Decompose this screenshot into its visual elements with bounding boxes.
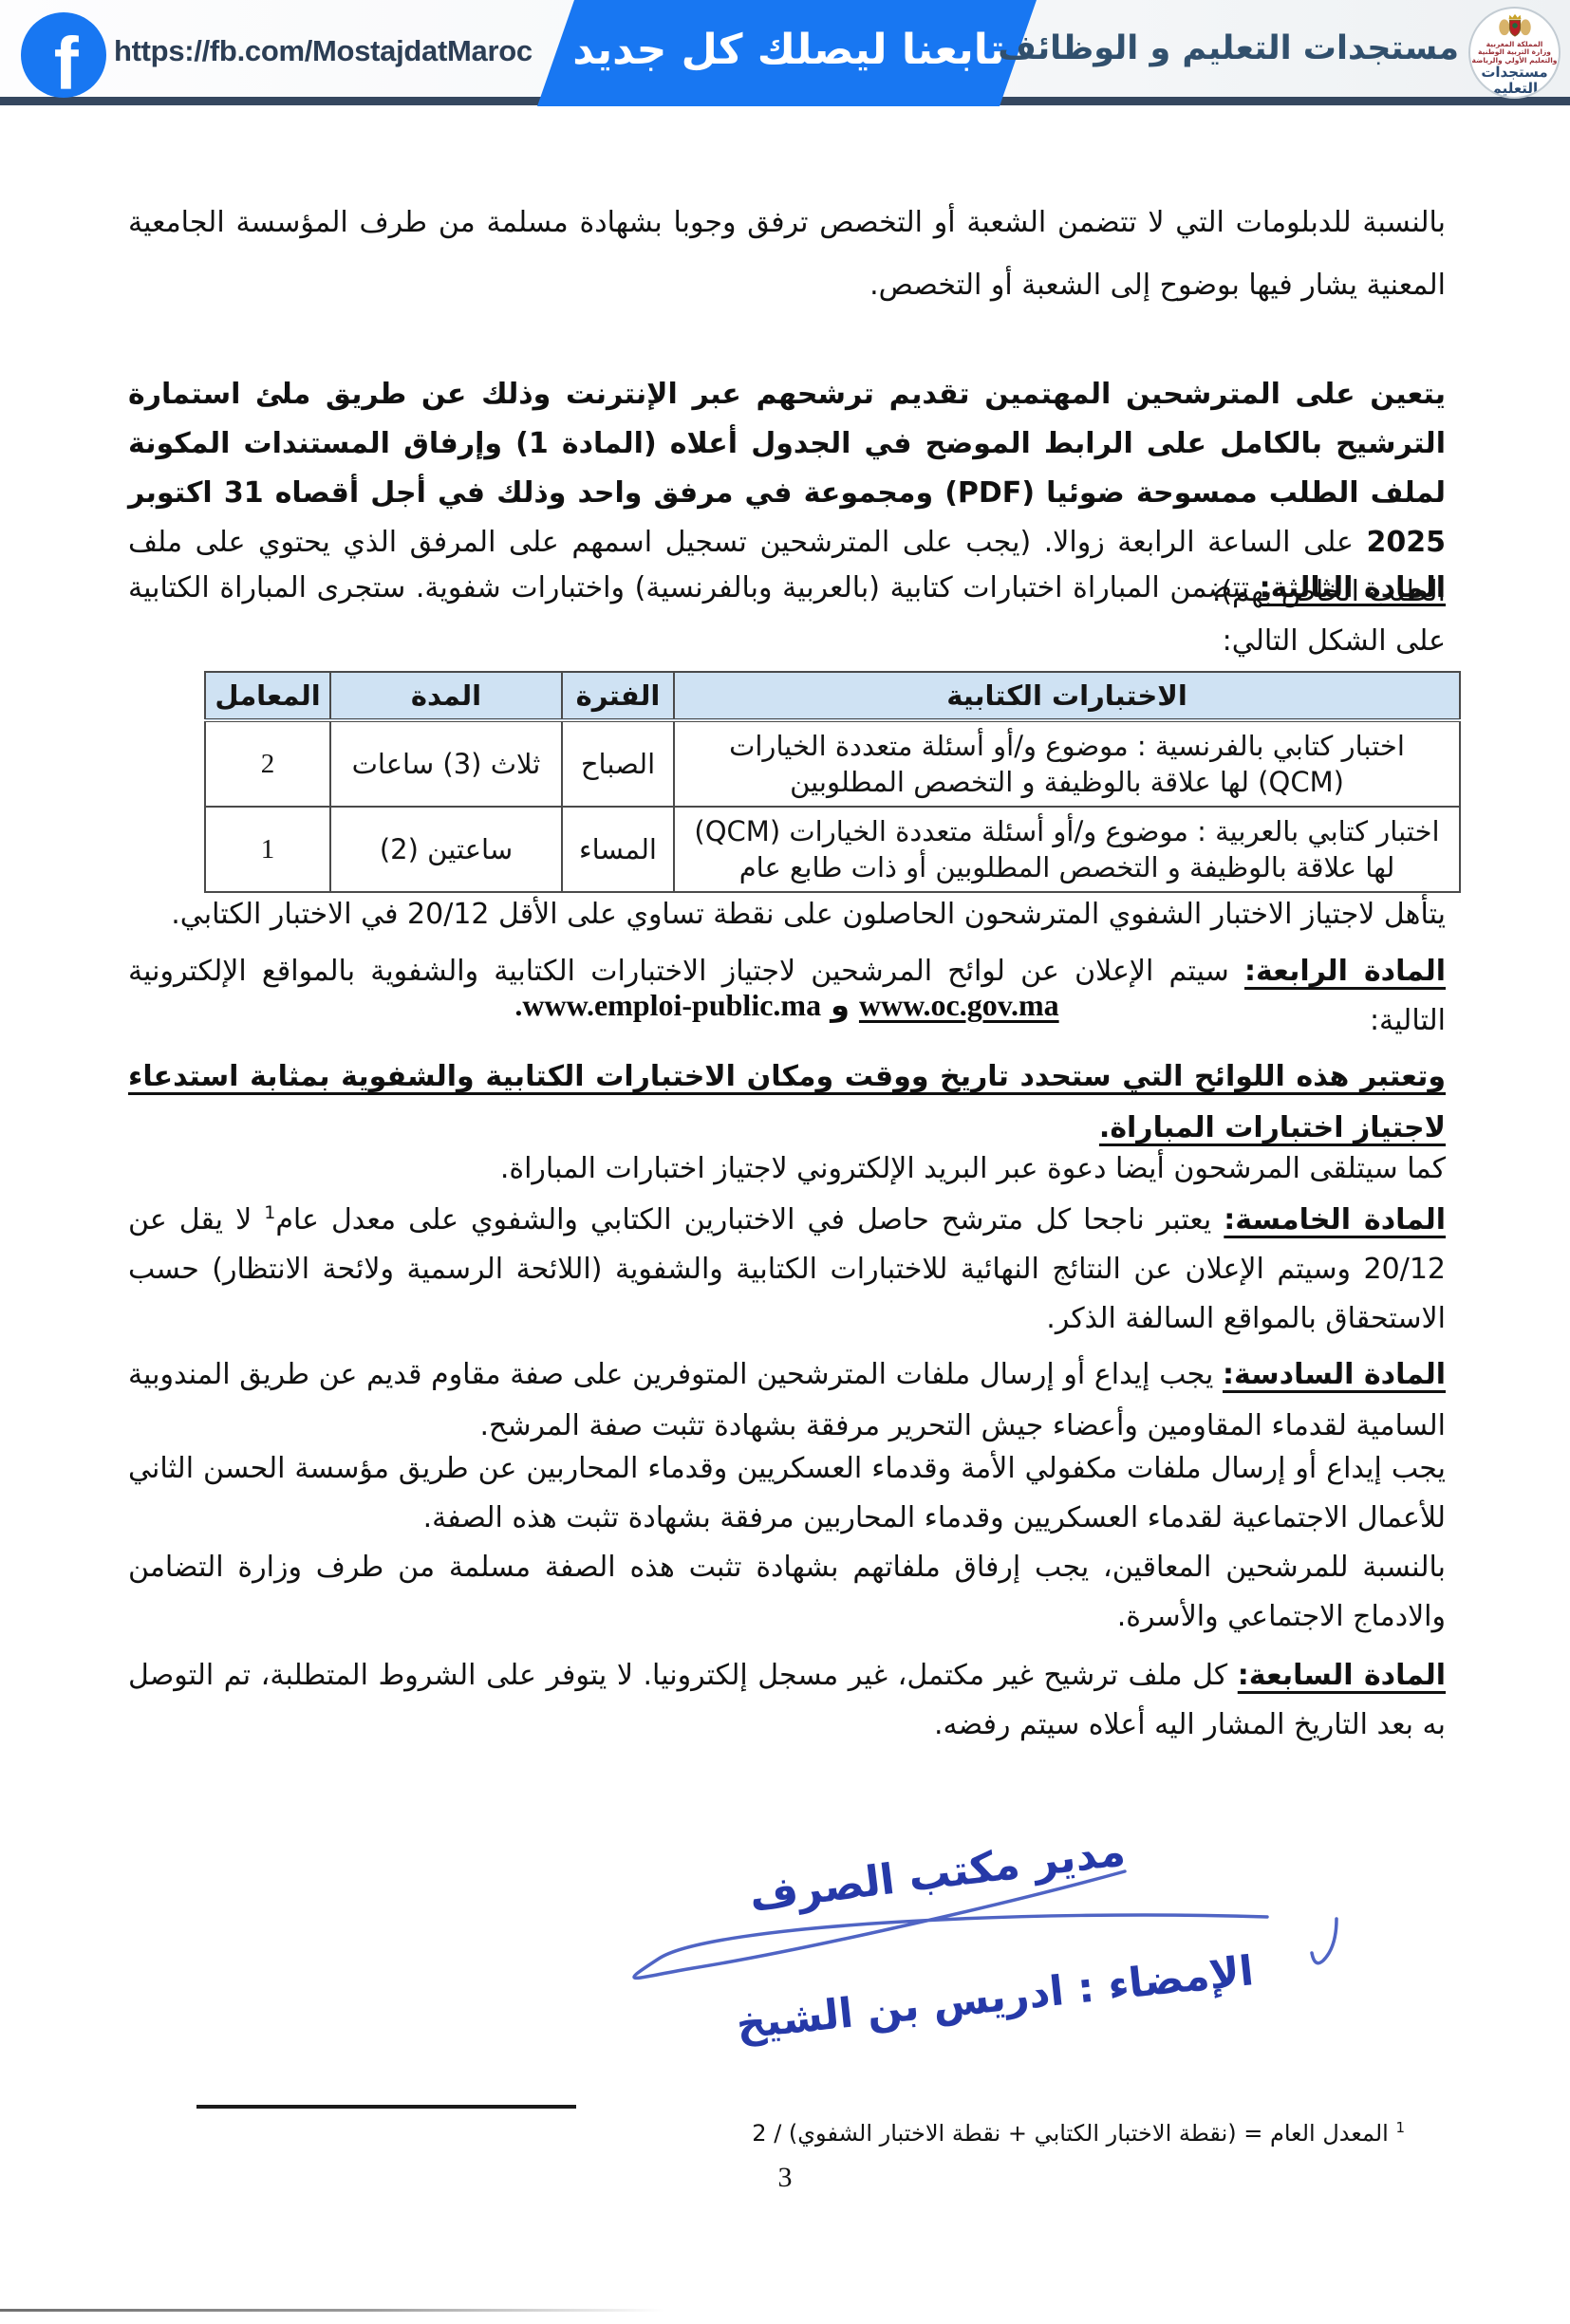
- paragraph-text: يعتبر ناجحا كل مترشح حاصل في الاختبارين …: [275, 1203, 1224, 1236]
- brand-title: مستجدات التعليم و الوظائف: [998, 0, 1459, 97]
- paragraph-text: بالنسبة للدبلومات التي لا تتضمن الشعبة أ…: [128, 206, 1446, 302]
- announcement-websites: www.oc.gov.maوwww.emploi-public.ma.: [128, 987, 1446, 1023]
- paragraph-disabled-candidates: بالنسبة للمرشحين المعاقين، يجب إرفاق ملف…: [128, 1543, 1446, 1642]
- paragraph-article-7: المادة السابعة: كل ملف ترشيح غير مكتمل، …: [128, 1651, 1446, 1750]
- article-3-label: المادة الثالثة:: [1260, 571, 1446, 604]
- link-oc-gov-ma[interactable]: www.oc.gov.ma: [859, 988, 1059, 1022]
- table-header-row: الاختبارات الكتابية الفترة المدة المعامل: [205, 672, 1460, 720]
- follow-banner-text: تابعنا ليصلك كل جديد: [562, 0, 1016, 99]
- col-header-duration: المدة: [330, 672, 562, 720]
- footnote: 1 المعدل العام = (نقطة الاختبار الكتابي …: [752, 2120, 1405, 2147]
- social-banner: f https://fb.com/MostajdatMaroc تابعنا ل…: [0, 0, 1570, 106]
- cell-period-morning: الصباح: [562, 720, 674, 807]
- facebook-page-url[interactable]: https://fb.com/MostajdatMaroc: [114, 34, 533, 68]
- cell-period-evening: المساء: [562, 807, 674, 892]
- facebook-f-glyph: f: [54, 21, 79, 99]
- col-header-written-exams: الاختبارات الكتابية: [674, 672, 1460, 720]
- cell-coefficient-1: 1: [205, 807, 330, 892]
- scan-edge-line: [0, 2309, 664, 2312]
- paragraph-text: يتأهل لاجتياز الاختبار الشفوي المترشحون …: [171, 898, 1446, 931]
- footnote-number: 1: [1395, 2119, 1405, 2136]
- article-4-label: المادة الرابعة:: [1244, 955, 1446, 988]
- written-exams-table: الاختبارات الكتابية الفترة المدة المعامل…: [204, 671, 1461, 893]
- signatory-title: مدير مكتب الصرف: [747, 1827, 1128, 1921]
- paragraph-article-3: المادة الثالثة: تتضمن المباراة اختبارات …: [128, 562, 1446, 668]
- paragraph-text: بالنسبة للمرشحين المعاقين، يجب إرفاق ملف…: [128, 1551, 1446, 1633]
- link-emploi-public-ma[interactable]: www.emploi-public.ma: [522, 988, 821, 1022]
- paragraph-email-invitation: كما سيتلقى المرشحون أيضا دعوة عبر البريد…: [128, 1144, 1446, 1194]
- table-row: اختبار كتابي بالعربية : موضوع و/أو أسئلة…: [205, 807, 1460, 892]
- paragraph-lists-as-summons: وتعتبر هذه اللوائح التي ستحدد تاريخ ووقت…: [128, 1051, 1446, 1154]
- article-7-label: المادة السابعة:: [1238, 1659, 1446, 1692]
- logo-brand-line1: مستجدات التعليم: [1470, 65, 1559, 98]
- coat-of-arms-icon: [1470, 12, 1559, 41]
- col-header-coefficient: المعامل: [205, 672, 330, 720]
- article-6-label: المادة السادسة:: [1223, 1358, 1446, 1391]
- paragraph-text: تتضمن المباراة اختبارات كتابية (بالعربية…: [128, 571, 1446, 658]
- cell-duration-3h: ثلاث (3) ساعات: [330, 720, 562, 807]
- conjunction-and: و: [831, 987, 850, 1023]
- facebook-icon[interactable]: f: [21, 12, 106, 98]
- cell-exam-arabic: اختبار كتابي بالعربية : موضوع و/أو أسئلة…: [674, 807, 1460, 892]
- brand-logo: المملكة المغربية وزارة التربية الوطنية و…: [1468, 7, 1561, 99]
- article-5-label: المادة الخامسة:: [1224, 1203, 1446, 1236]
- footnote-text: المعدل العام = (نقطة الاختبار الكتابي + …: [752, 2120, 1389, 2147]
- cell-duration-2h: ساعتين (2): [330, 807, 562, 892]
- paragraph-text: يجب إيداع أو إرسال ملفات مكفولي الأمة وق…: [128, 1452, 1446, 1534]
- paragraph-diplomas-note: بالنسبة للدبلومات التي لا تتضمن الشعبة أ…: [128, 192, 1446, 317]
- cell-exam-french: اختبار كتابي بالفرنسية : موضوع و/أو أسئل…: [674, 720, 1460, 807]
- paragraph-text: كما سيتلقى المرشحون أيضا دعوة عبر البريد…: [500, 1152, 1446, 1185]
- paragraph-oral-qualification: يتأهل لاجتياز الاختبار الشفوي المترشحون …: [128, 890, 1446, 939]
- footnote-reference: 1: [264, 1202, 275, 1223]
- paragraph-bold-underlined-text: وتعتبر هذه اللوائح التي ستحدد تاريخ ووقت…: [128, 1060, 1446, 1144]
- table-row: اختبار كتابي بالفرنسية : موضوع و/أو أسئل…: [205, 720, 1460, 807]
- paragraph-veterans-files: يجب إيداع أو إرسال ملفات مكفولي الأمة وق…: [128, 1444, 1446, 1543]
- page-number: 3: [0, 2162, 1570, 2194]
- paragraph-article-6: المادة السادسة: يجب إيداع أو إرسال ملفات…: [128, 1349, 1446, 1452]
- paragraph-article-5: المادة الخامسة: يعتبر ناجحا كل مترشح حاص…: [128, 1196, 1446, 1344]
- footnote-separator: [196, 2105, 576, 2109]
- signatory-name: الإمضاء : ادريس بن الشيخ: [734, 1947, 1256, 2049]
- col-header-period: الفترة: [562, 672, 674, 720]
- cell-coefficient-2: 2: [205, 720, 330, 807]
